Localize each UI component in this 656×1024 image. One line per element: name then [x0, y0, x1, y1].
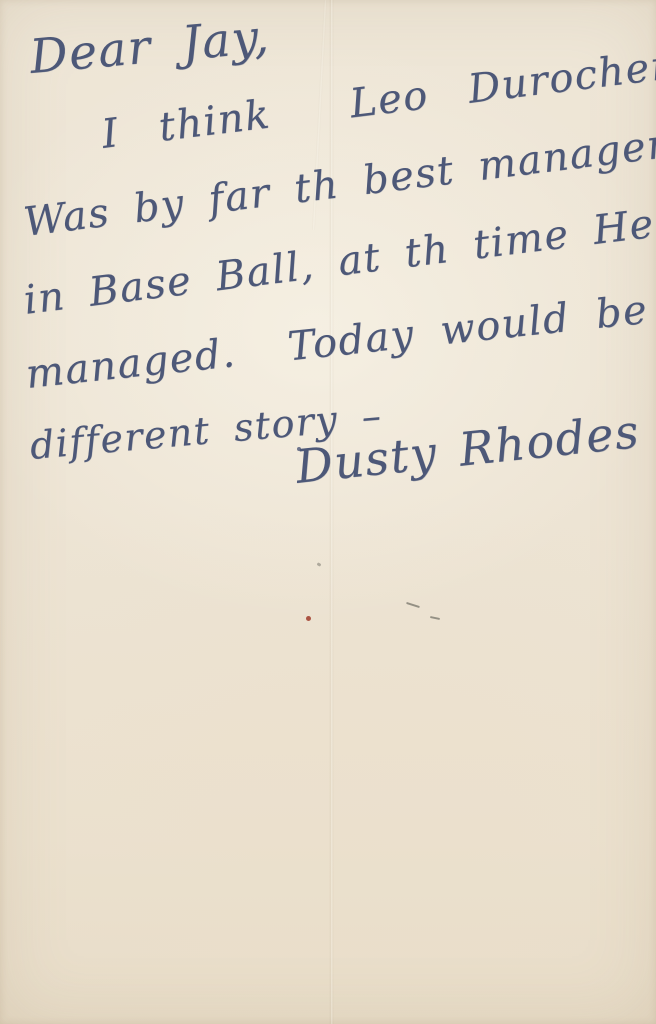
paper-speck	[317, 562, 322, 567]
letter-paper: Dear Jay, I think Leo Durocher Was by fa…	[0, 0, 656, 1024]
vertical-fold-crease	[329, 0, 334, 1024]
letter-greeting: Dear Jay,	[28, 9, 272, 85]
stray-ink-dot	[297, 447, 301, 451]
paper-speck	[430, 616, 440, 620]
paper-speck	[406, 602, 420, 608]
red-stain-dot	[306, 616, 311, 621]
